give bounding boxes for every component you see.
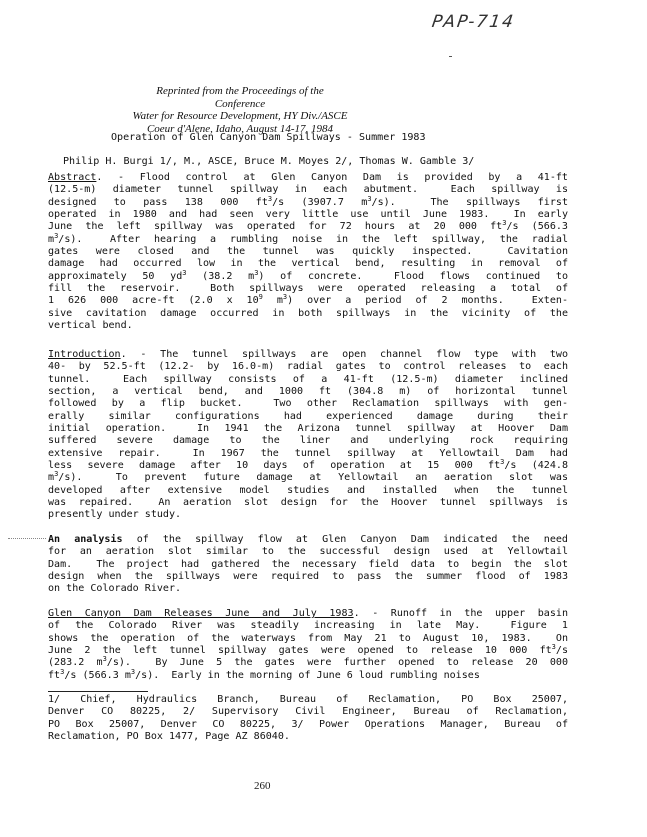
section-heading: An analysis [48,534,123,545]
section-heading: Abstract [48,172,96,183]
text-line: of the Colorado River was steadily incre… [48,620,568,632]
text-line: m3/s). After hearing a rumbling noise in… [48,234,568,246]
text-line: damage had occurred low in the vertical … [48,258,568,270]
scan-mark [449,56,452,57]
section-heading: Glen Canyon Dam Releases June and July 1… [48,608,354,619]
text-line: (12.5-m) diameter tunnel spillway in eac… [48,184,568,196]
handwritten-annotation: PAP-714 [431,12,517,32]
text-line: fill the reservoir. Both spillways were … [48,283,568,295]
text-line: Denver CO 80225, 2/ Supervisory Civil En… [48,706,568,718]
text-line: designed to pass 138 000 ft3/s (3907.7 m… [48,197,568,209]
text-line: 1 626 000 acre-ft (2.0 x 109 m3) over a … [48,295,568,307]
text-line: June 2 the left tunnel spillway gates we… [48,645,568,657]
text-line: erally similar configurations had experi… [48,411,568,423]
text-line: m3/s). To prevent future damage at Yello… [48,472,568,484]
paper-title: Operation of Glen Canyon Dam Spillways -… [111,132,426,143]
text-line: section, a vertical bend, and 1000 ft (3… [48,386,568,398]
reprint-line: Water for Resource Development, HY Div./… [130,110,350,123]
text-line: on the Colorado River. [48,583,568,595]
text-line: was repaired. An aeration slot design fo… [48,497,568,509]
page-number: 260 [254,780,271,792]
text-line: Reclamation, PO Box 1477, Page AZ 86040. [48,731,568,743]
author-line: Philip H. Burgi 1/, M., ASCE, Bruce M. M… [63,156,474,167]
text-line: shows the operation of the waterways fro… [48,633,568,645]
text-line: less severe damage after 10 days of oper… [48,460,568,472]
introduction-section: Introduction. - The tunnel spillways are… [48,349,568,522]
abstract-section: Abstract. - Flood control at Glen Canyon… [48,172,568,332]
section-heading: Introduction [48,349,121,360]
text-line: for an aeration slot similar to the succ… [48,546,568,558]
scan-smudge [8,538,46,539]
text-line: presently under study. [48,509,568,521]
text-line: 1/ Chief, Hydraulics Branch, Bureau of R… [48,694,568,706]
text-line: initial operation. In 1941 the Arizona t… [48,423,568,435]
text-line: extensive repair. In 1967 the tunnel spi… [48,448,568,460]
text-line: Dam. The project had gathered the necess… [48,559,568,571]
text-line: vertical bend. [48,320,568,332]
text-line: developed after extensive model studies … [48,485,568,497]
text-line: Abstract. - Flood control at Glen Canyon… [48,172,568,184]
text-line: followed by a flip bucket. Two other Rec… [48,398,568,410]
footnotes-section: 1/ Chief, Hydraulics Branch, Bureau of R… [48,694,568,743]
text-line: Introduction. - The tunnel spillways are… [48,349,568,361]
text-line: suffered severe damage to the liner and … [48,435,568,447]
text-line: (283.2 m3/s). By June 5 the gates were f… [48,657,568,669]
text-line: An analysis of the spillway flow at Glen… [48,534,568,546]
text-line: PO Box 25007, Denver CO 80225, 3/ Power … [48,719,568,731]
text-line: 40- by 52.5-ft (12.2- by 16.0-m) radial … [48,361,568,373]
text-line: sive cavitation damage occurred in both … [48,308,568,320]
footnote-divider [48,691,148,692]
text-line: gates were closed and the tunnel was qui… [48,246,568,258]
text-line: ft3/s (566.3 m3/s). Early in the morning… [48,670,568,682]
reprint-line: Reprinted from the Proceedings of the Co… [130,85,350,110]
text-line: operated in 1980 and had seen very littl… [48,209,568,221]
text-line: Glen Canyon Dam Releases June and July 1… [48,608,568,620]
text-line: tunnel. Each spillway consists of a 41-f… [48,374,568,386]
text-line: approximately 50 yd3 (38.2 m3) of concre… [48,271,568,283]
reprint-header: Reprinted from the Proceedings of the Co… [130,85,350,135]
analysis-section: An analysis of the spillway flow at Glen… [48,534,568,596]
text-line: June the left spillway was operated for … [48,221,568,233]
releases-section: Glen Canyon Dam Releases June and July 1… [48,608,568,682]
text-line: design when the spillways were required … [48,571,568,583]
